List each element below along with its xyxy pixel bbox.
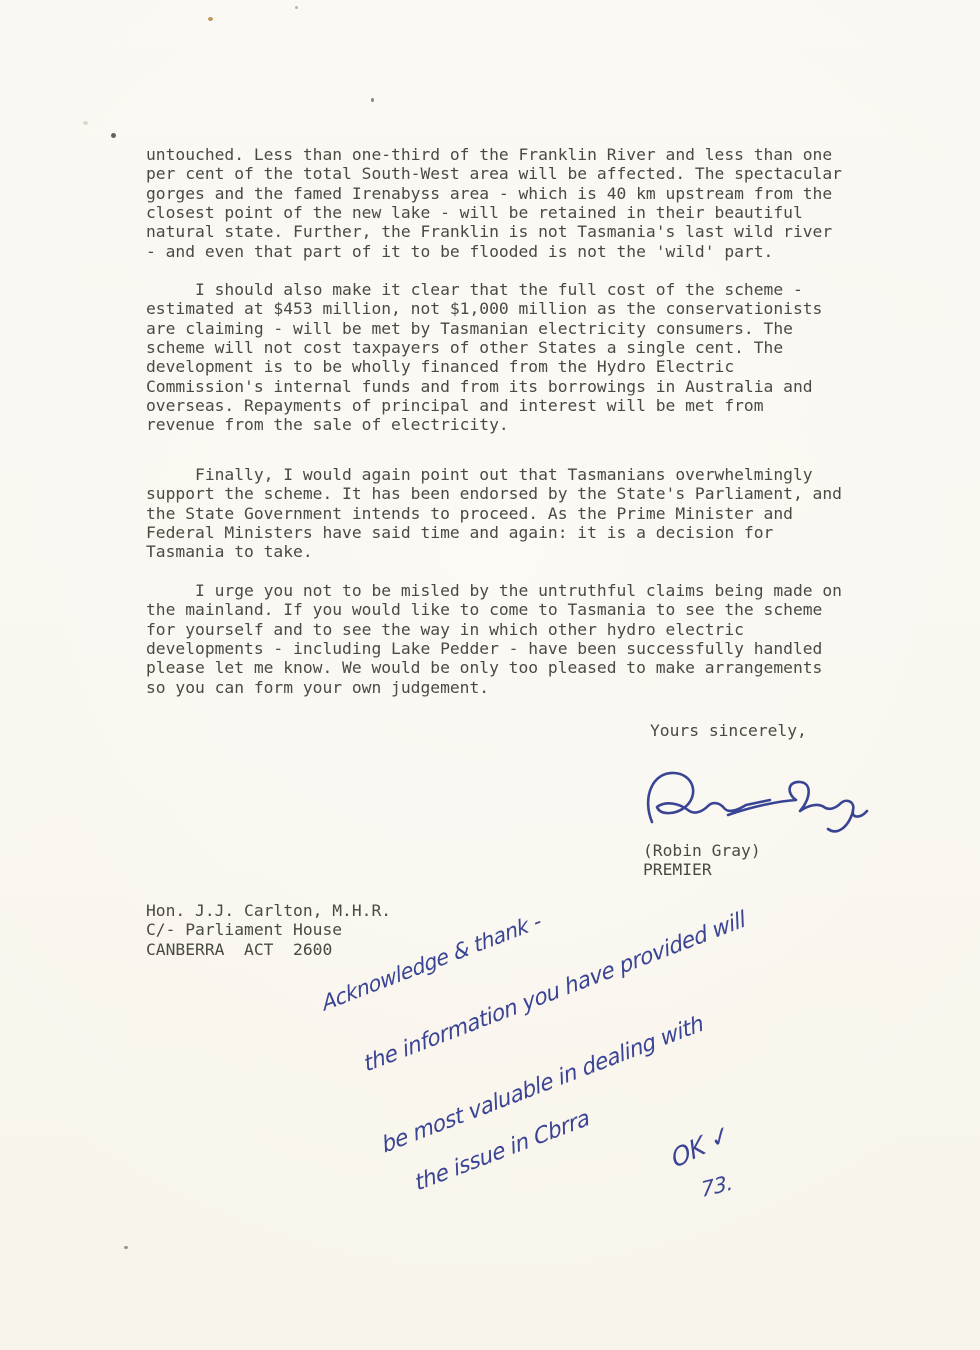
handwritten-date-mark: 73. (700, 1170, 733, 1202)
paper-speck (111, 133, 116, 138)
handwritten-initials: OK ✓ (668, 1118, 734, 1173)
letter-page: untouched. Less than one-third of the Fr… (0, 0, 980, 1350)
recipient-address: Hon. J.J. Carlton, M.H.R. C/- Parliament… (146, 901, 391, 959)
letter-paragraph-2: I should also make it clear that the ful… (146, 280, 822, 435)
letter-paragraph-1: untouched. Less than one-third of the Fr… (146, 145, 842, 261)
paper-speck (124, 1246, 128, 1249)
signatory-name: (Robin Gray) (643, 841, 761, 860)
paper-speck (295, 6, 298, 9)
robin-gray-signature-ink (630, 760, 880, 845)
paper-speck (371, 98, 374, 102)
paper-speck (208, 17, 213, 21)
letter-paragraph-4: I urge you not to be misled by the untru… (146, 581, 842, 697)
closing-salutation: Yours sincerely, (650, 721, 807, 740)
paper-speck (83, 121, 88, 125)
handwritten-note-line-2: the information you have provided will (362, 907, 748, 1078)
signatory-title: PREMIER (643, 860, 712, 879)
letter-paragraph-3: Finally, I would again point out that Ta… (146, 465, 842, 562)
